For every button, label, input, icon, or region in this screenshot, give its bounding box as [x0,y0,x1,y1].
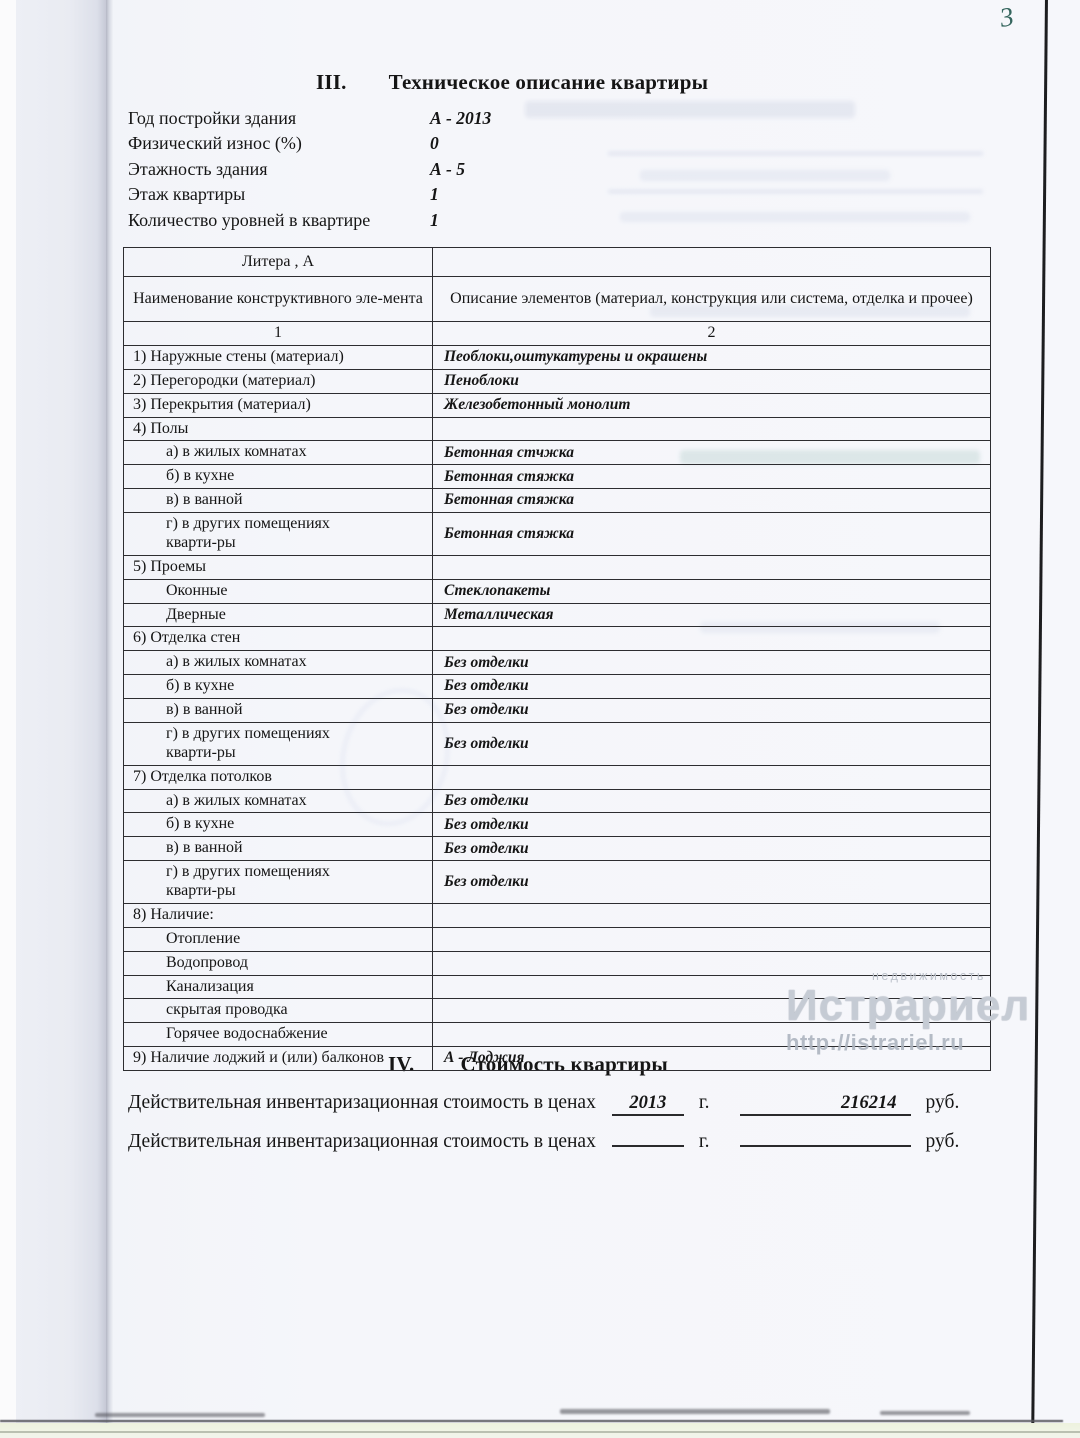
row-value-cell: Без отделки [433,813,991,837]
row-name-cell: 5) Проемы [124,555,433,579]
row-name-cell: 2) Перегородки (материал) [124,369,433,393]
field-value: А - 2013 [430,108,491,129]
table-row: 3) Перекрытия (материал) Железобетонный … [124,393,991,417]
table-row: г) в других помещениях кварти-ры Без отд… [124,861,991,904]
field-label: Количество уровней в квартире [128,210,370,230]
row-value-cell: Бетонная стяжка [433,465,991,489]
row-value-cell [433,975,991,999]
table-row: 9) Наличие лоджий и (или) балконов А - Л… [124,1047,991,1071]
row-name-cell: б) в кухне [124,813,433,837]
cost-line-2: Действительная инвентаризационная стоимо… [128,1131,959,1153]
field-value: А - 5 [430,159,465,180]
table-row: г) в других помещениях кварти-ры Без отд… [124,722,991,765]
table-row: в) в ванной Бетонная стяжка [124,489,991,513]
row-name-cell: 7) Отделка потолков [124,765,433,789]
scan-right-edge-line [1031,0,1048,1424]
section-iii-heading: III. Техническое описание квартиры [316,70,708,95]
table-row: б) в кухне Без отделки [124,813,991,837]
field-row: Этаж квартиры 1 [128,184,728,209]
handwritten-page-number: 3 [997,1,1016,34]
row-name-cell: в) в ванной [124,489,433,513]
row-name-cell: а) в жилых комнатах [124,789,433,813]
field-value: 0 [430,133,439,154]
cost-label: Действительная инвентаризационная стоимо… [128,1092,596,1114]
table-row: в) в ванной Без отделки [124,837,991,861]
table-body: 1) Наружные стены (материал) Пеоблоки,ош… [124,345,991,1070]
column-header-name: Наименование конструктивного эле-мента [124,277,433,322]
row-value-cell [433,903,991,927]
row-name-cell: г) в других помещениях кварти-ры [124,861,433,904]
row-name-cell: б) в кухне [124,675,433,699]
table-row: а) в жилых комнатах Без отделки [124,651,991,675]
scan-left-shading [16,0,106,1438]
row-name-cell: 9) Наличие лоджий и (или) балконов [124,1047,433,1071]
litera-cell: Литера , А [124,248,433,277]
row-value-cell: Без отделки [433,861,991,904]
table-row: Отопление [124,927,991,951]
row-name-cell: г) в других помещениях кварти-ры [124,513,433,556]
table-row: а) в жилых комнатах Без отделки [124,789,991,813]
row-name-cell: скрытая проводка [124,999,433,1023]
section-iii-title: Техническое описание квартиры [389,70,709,95]
table-row: 1) Наружные стены (материал) Пеоблоки,ош… [124,345,991,369]
row-value-cell: Металлическая [433,603,991,627]
row-value-cell: Без отделки [433,651,991,675]
table-row: Дверные Металлическая [124,603,991,627]
scan-bottom-smudge [880,1411,970,1415]
table-row: скрытая проводка [124,999,991,1023]
table-row: г) в других помещениях кварти-ры Бетонна… [124,513,991,556]
row-value-cell: Бетонная стяжка [433,489,991,513]
table-row: 6) Отделка стен [124,627,991,651]
row-value-cell: Бетонная стяжка [433,513,991,556]
row-value-cell: Пеоблоки,оштукатурены и окрашены [433,345,991,369]
table-row: в) в ванной Без отделки [124,699,991,723]
row-value-cell: Без отделки [433,837,991,861]
column-number-1: 1 [124,322,433,346]
table-row: 8) Наличие: [124,903,991,927]
table-row: Водопровод [124,951,991,975]
row-value-cell: Бетонная стчжка [433,441,991,465]
table-row: 7) Отделка потолков [124,765,991,789]
field-value: 1 [430,184,439,205]
table-row: 5) Проемы [124,555,991,579]
cost-line-1: Действительная инвентаризационная стоимо… [128,1092,959,1116]
row-name-cell: 1) Наружные стены (материал) [124,345,433,369]
row-name-cell: Канализация [124,975,433,999]
row-name-cell: Дверные [124,603,433,627]
scanner-bed-line [0,1431,1080,1433]
row-name-cell: Водопровод [124,951,433,975]
table-row: Оконные Стеклопакеты [124,579,991,603]
row-value-cell: А - Лоджия [433,1047,991,1071]
row-value-cell: Железобетонный монолит [433,393,991,417]
row-value-cell: Пеноблоки [433,369,991,393]
scanned-document-page: 3 III. Техническое описание квартиры Год… [0,0,1080,1438]
cost-amount-blank: 216214 [740,1093,911,1116]
row-value-cell [433,927,991,951]
field-label: Физический износ (%) [128,133,302,153]
building-fields: Год постройки здания А - 2013 Физический… [128,108,728,235]
row-name-cell: 3) Перекрытия (материал) [124,393,433,417]
field-row: Физический износ (%) 0 [128,133,728,158]
cost-year-blank: 2013 [612,1093,684,1116]
cost-label: Действительная инвентаризационная стоимо… [128,1131,596,1153]
scan-left-margin [0,0,16,1438]
row-value-cell [433,627,991,651]
field-label: Этаж квартиры [128,184,245,204]
litera-row: Литера , А [124,248,991,277]
litera-empty-cell [433,248,991,277]
row-name-cell: в) в ванной [124,837,433,861]
cost-amount-blank [740,1145,911,1147]
row-name-cell: 6) Отделка стен [124,627,433,651]
column-number-2: 2 [433,322,991,346]
cost-year-blank [612,1145,684,1147]
row-value-cell [433,999,991,1023]
row-value-cell [433,417,991,441]
row-name-cell: б) в кухне [124,465,433,489]
cost-year-suffix: г. [699,1092,710,1114]
section-iii-number: III. [316,70,347,95]
table-row: 4) Полы [124,417,991,441]
table-row: 2) Перегородки (материал) Пеноблоки [124,369,991,393]
cost-amount-suffix: руб. [926,1092,960,1114]
table-row: б) в кухне Без отделки [124,675,991,699]
cost-year-suffix: г. [699,1131,710,1153]
row-value-cell [433,1023,991,1047]
column-header-description: Описание элементов (материал, конструкци… [433,277,991,322]
row-name-cell: г) в других помещениях кварти-ры [124,722,433,765]
table-row: б) в кухне Бетонная стяжка [124,465,991,489]
field-row: Этажность здания А - 5 [128,159,728,184]
field-row: Количество уровней в квартире 1 [128,210,728,235]
field-value: 1 [430,210,439,231]
row-name-cell: Оконные [124,579,433,603]
row-name-cell: Отопление [124,927,433,951]
field-label: Год постройки здания [128,108,296,128]
table-row: а) в жилых комнатах Бетонная стчжка [124,441,991,465]
field-row: Год постройки здания А - 2013 [128,108,728,133]
scan-bottom-smudge [95,1413,265,1417]
cost-amount-suffix: руб. [926,1131,960,1153]
header-row: Наименование конструктивного эле-мента О… [124,277,991,322]
row-name-cell: 8) Наличие: [124,903,433,927]
row-value-cell: Без отделки [433,699,991,723]
row-value-cell [433,765,991,789]
column-number-row: 1 2 [124,322,991,346]
row-name-cell: а) в жилых комнатах [124,651,433,675]
table-row: Горячее водоснабжение [124,1023,991,1047]
row-value-cell [433,951,991,975]
scan-bottom-smudge [560,1409,830,1414]
page-fold-shadow [106,0,113,1438]
row-name-cell: а) в жилых комнатах [124,441,433,465]
table-row: Канализация [124,975,991,999]
row-value-cell: Без отделки [433,789,991,813]
row-value-cell: Без отделки [433,675,991,699]
row-value-cell: Без отделки [433,722,991,765]
construction-elements-table: Литера , А Наименование конструктивного … [123,247,991,1071]
row-name-cell: в) в ванной [124,699,433,723]
row-value-cell [433,555,991,579]
field-label: Этажность здания [128,159,268,179]
row-name-cell: Горячее водоснабжение [124,1023,433,1047]
row-value-cell: Стеклопакеты [433,579,991,603]
row-name-cell: 4) Полы [124,417,433,441]
